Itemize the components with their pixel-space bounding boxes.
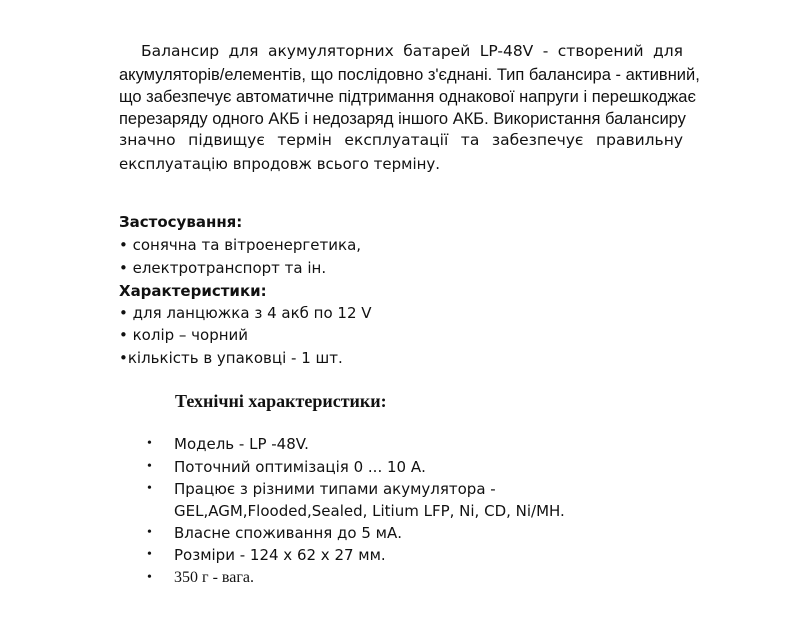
technical-title: Технічні характеристики: bbox=[175, 391, 387, 412]
intro-line: що забезпечує автоматичне підтримання од… bbox=[119, 88, 683, 107]
characteristics-item: • колір – чорний bbox=[119, 326, 248, 344]
application-title: Застосування: bbox=[119, 213, 242, 231]
technical-item: Розміри - 124 x 62 x 27 мм. bbox=[174, 546, 386, 564]
bullet-icon: • bbox=[147, 570, 152, 586]
bullet-icon: • bbox=[147, 547, 152, 563]
technical-item: Модель - LP -48V. bbox=[174, 435, 309, 453]
characteristics-title: Характеристики: bbox=[119, 282, 267, 300]
characteristics-item: • для ланцюжка з 4 акб по 12 V bbox=[119, 304, 372, 322]
characteristics-item: •кількість в упаковці - 1 шт. bbox=[119, 349, 343, 367]
technical-item: Поточний оптимізація 0 ... 10 А. bbox=[174, 458, 426, 476]
bullet-icon: • bbox=[147, 481, 152, 497]
technical-item: Працює з різними типами акумулятора - bbox=[174, 480, 496, 498]
bullet-icon: • bbox=[147, 436, 152, 452]
technical-item-continuation: GEL,AGM,Flooded,Sealed, Litium LFP, Ni, … bbox=[174, 502, 565, 520]
bullet-icon: • bbox=[147, 525, 152, 541]
application-item: • сонячна та вітроенергетика, bbox=[119, 236, 361, 254]
intro-line: перезаряду одного АКБ і недозаряд іншого… bbox=[119, 110, 683, 129]
intro-line: акумуляторів/елементів, що послідовно з'… bbox=[119, 66, 683, 85]
technical-item: 350 г - вага. bbox=[174, 569, 254, 587]
intro-line: експлуатацію впродовж всього терміну. bbox=[119, 155, 683, 173]
intro-line: Балансир для акумуляторних батарей LP-48… bbox=[141, 42, 683, 60]
application-item: • електротранспорт та ін. bbox=[119, 259, 326, 277]
intro-line: значно підвищує термін експлуатації та з… bbox=[119, 131, 683, 149]
technical-item: Власне споживання до 5 мА. bbox=[174, 524, 402, 542]
bullet-icon: • bbox=[147, 459, 152, 475]
